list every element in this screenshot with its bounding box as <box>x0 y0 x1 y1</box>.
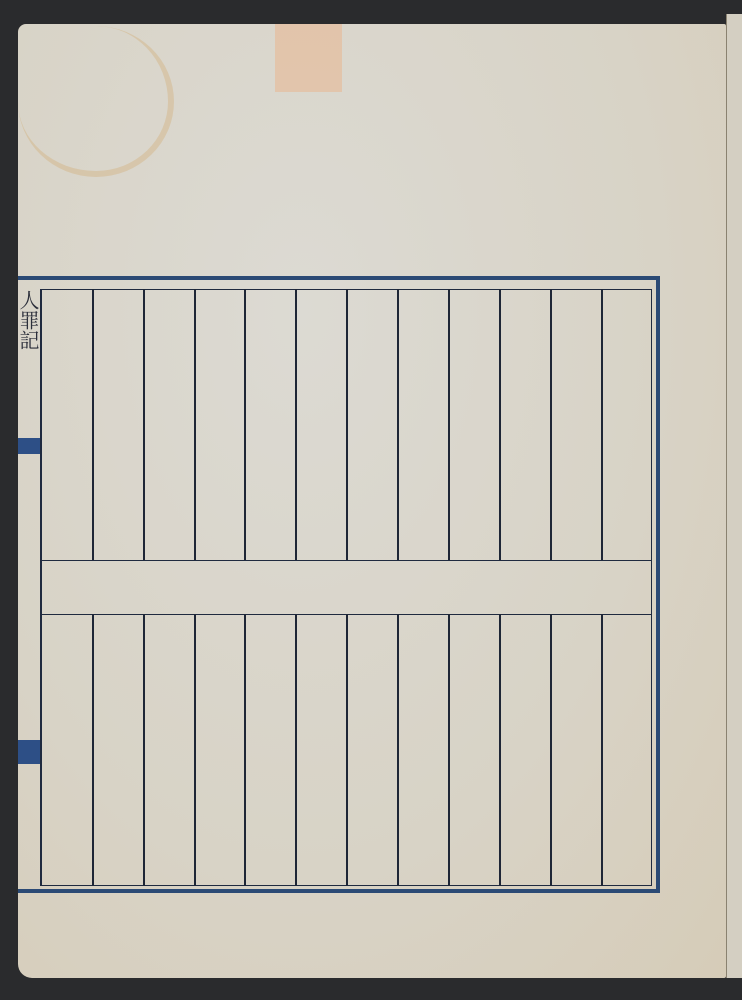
column-rule <box>448 289 450 560</box>
column-rule <box>499 614 501 886</box>
upper-panel-bottom-rule <box>40 560 652 561</box>
column-rule <box>397 289 399 560</box>
column-rule <box>295 289 297 560</box>
column-rule <box>244 289 246 560</box>
column-rule <box>346 614 348 886</box>
water-stain <box>18 26 174 177</box>
column-rule <box>346 289 348 560</box>
adjacent-page-edge <box>726 14 742 978</box>
column-rule <box>92 289 94 560</box>
column-rule <box>143 289 145 560</box>
column-rule <box>499 289 501 560</box>
column-rule <box>550 289 552 560</box>
column-rule <box>92 614 94 886</box>
column-rule <box>194 289 196 560</box>
column-rule <box>550 614 552 886</box>
column-rule <box>295 614 297 886</box>
faded-seal-stamp <box>275 24 342 92</box>
column-rule <box>143 614 145 886</box>
fishtail-mark-lower <box>18 740 40 764</box>
column-rule <box>244 614 246 886</box>
column-rule <box>448 614 450 886</box>
fishtail-mark-upper <box>18 438 40 454</box>
column-rule <box>601 289 603 560</box>
margin-title-text: 人罪記 <box>18 290 40 350</box>
column-rule <box>397 614 399 886</box>
column-rule <box>601 614 603 886</box>
column-rule <box>194 614 196 886</box>
